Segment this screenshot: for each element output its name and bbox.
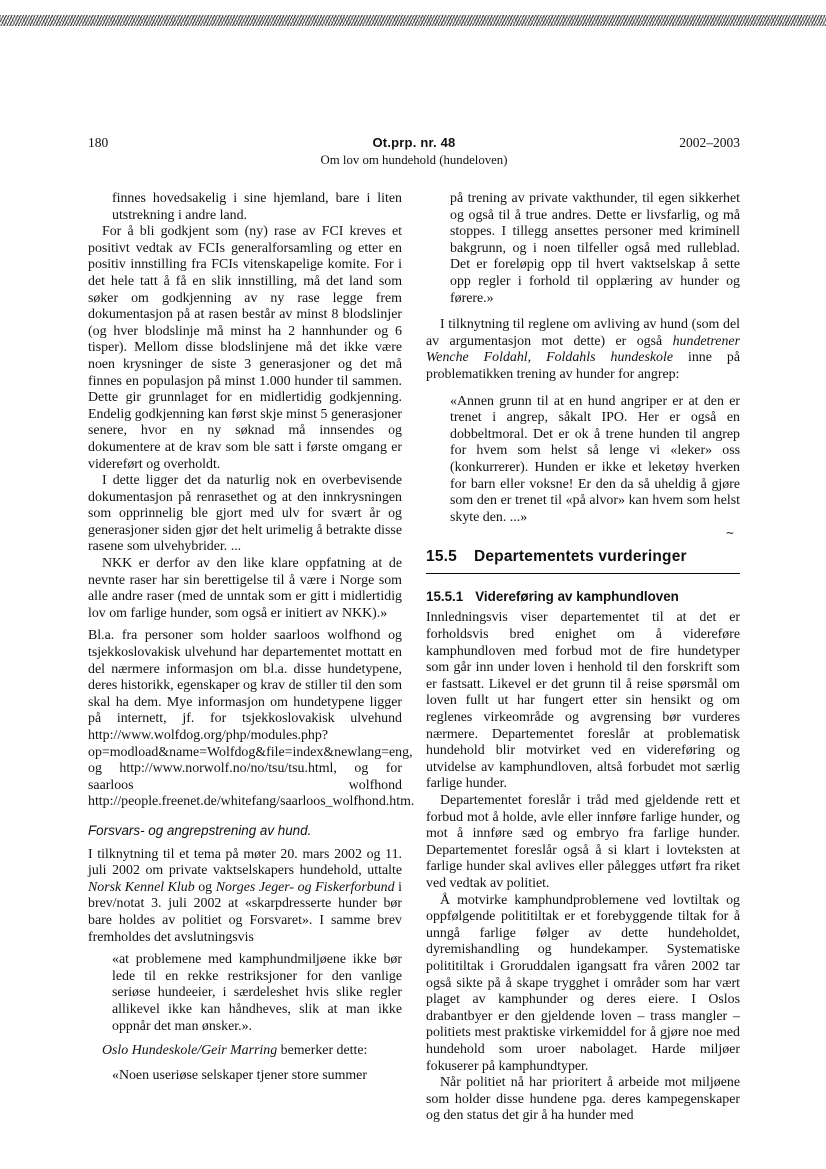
subsection-heading-15-5-1: 15.5.1Videreføring av kamphundloven [426, 589, 740, 606]
scan-artifact-mark: ~ [726, 526, 734, 541]
running-head: 180 Ot.prp. nr. 48 2002–2003 Om lov om h… [88, 135, 740, 168]
paragraph-nkk-oppfatning: NKK er derfor av den like klare oppfatni… [88, 556, 402, 622]
document-page: { "header": { "page_number": "180", "tit… [0, 0, 826, 1169]
section-heading-15-5: 15.5Departementets vurderinger [426, 549, 740, 574]
paragraph-politiet-prioritert: Når politiet nå har prioritert å arbeide… [426, 1075, 740, 1125]
paragraph-text: I tilknytning til et tema på møter 20. m… [88, 847, 402, 879]
blockquote-problemene: «at problemene med kamphundmiljøene ikke… [112, 952, 402, 1035]
blockquote-noen-useriose: «Noen useriøse selskaper tjener store su… [112, 1068, 402, 1085]
paragraph-oslo-hundeskole: Oslo Hundeskole/Geir Marring bemerker de… [88, 1043, 402, 1060]
section-title: Departementets vurderinger [474, 548, 687, 565]
source-name-oslo-hundeskole: Oslo Hundeskole/Geir Marring [102, 1043, 277, 1058]
document-subtitle: Om lov om hundehold (hundeloven) [88, 153, 740, 168]
section-number: 15.5 [426, 549, 457, 566]
paragraph-renrasethet: I dette ligger det da naturlig nok en ov… [88, 473, 402, 556]
quote-continuation: finnes hovedsakelig i sine hjemland, bar… [112, 191, 402, 224]
scan-edge-band [0, 15, 826, 26]
paragraph-moter-2002: I tilknytning til et tema på møter 20. m… [88, 847, 402, 947]
paragraph-text: og [195, 880, 216, 895]
org-name-njff: Norges Jeger- og Fiskerforbund [216, 880, 395, 895]
quote-continuation: på trening av private vakthunder, til eg… [450, 191, 740, 307]
org-name-nkk: Norsk Kennel Klub [88, 880, 195, 895]
paragraph-text: bemerker dette: [277, 1043, 367, 1058]
paragraph-motvirke-kamphund: Å motvirke kamphundproblemene ved lovtil… [426, 893, 740, 1076]
paragraph-innledningsvis: Innledningsvis viser departementet til a… [426, 610, 740, 793]
right-column: på trening av private vakthunder, til eg… [426, 191, 740, 1125]
paragraph-fci-godkjenning: For å bli godkjent som (ny) rase av FCI … [88, 224, 402, 473]
paragraph-forbud: Departementet foreslår i tråd med gjelde… [426, 793, 740, 893]
page-body: finnes hovedsakelig i sine hjemland, bar… [88, 191, 740, 1125]
subsection-title: Videreføring av kamphundloven [475, 589, 679, 604]
left-column: finnes hovedsakelig i sine hjemland, bar… [88, 191, 402, 1125]
subheading-forsvarstrening: Forsvars- og angrepstrening av hund. [88, 823, 402, 840]
blockquote-annen-grunn: «Annen grunn til at en hund angriper er … [450, 394, 740, 527]
document-title: Ot.prp. nr. 48 [228, 135, 600, 150]
paragraph-avliving: I tilknytning til reglene om avliving av… [426, 317, 740, 383]
subsection-number: 15.5.1 [426, 589, 463, 606]
paragraph-informasjon-internett: Bl.a. fra personer som holder saarloos w… [88, 628, 402, 811]
session-years: 2002–2003 [600, 135, 740, 151]
page-number: 180 [88, 135, 228, 151]
